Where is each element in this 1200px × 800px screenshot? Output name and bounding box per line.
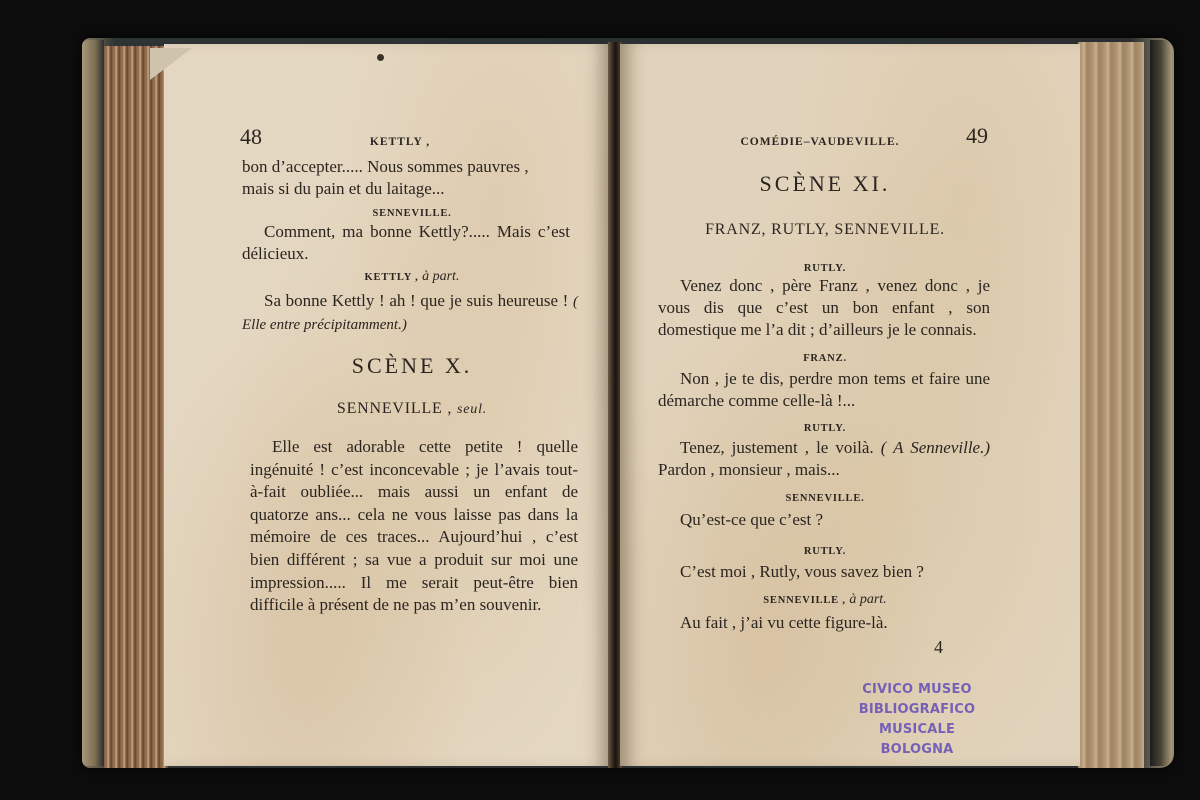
cover-right-edge [1150, 40, 1172, 766]
speech-text: Comment, ma bonne Kettly?..... Mais c’es… [242, 221, 570, 265]
speech-text: Tenez, justement , le voilà. ( A Sennevi… [658, 437, 990, 481]
speech-text: C’est moi , Rutly, vous savez bien ? [658, 561, 990, 583]
text-line: bon d’accepter..... Nous sommes pauvres … [242, 156, 582, 178]
scene-title: SCÈNE X. [242, 355, 582, 377]
speech-text: Venez donc , père Franz , venez donc , j… [658, 275, 990, 341]
speech-text: Qu’est-ce que c’est ? [658, 509, 990, 531]
stamp-line: BIBLIOGRAFICO MUSICALE [822, 700, 1012, 740]
folded-corner [150, 48, 192, 80]
page-stack-left [104, 46, 168, 768]
left-continued-text: bon d’accepter..... Nous sommes pauvres … [242, 156, 582, 200]
scene-cast: SENNEVILLE , seul. [242, 398, 582, 421]
stamp-line: CIVICO MUSEO [822, 680, 1012, 700]
left-running-header: KETTLY , [330, 131, 470, 153]
text-line: mais si du pain et du laitage... [242, 178, 582, 200]
speaker-label: KETTLY , à part. [242, 266, 582, 289]
cover-left-edge [82, 40, 104, 766]
library-stamp: CIVICO MUSEO BIBLIOGRAFICO MUSICALE BOLO… [822, 680, 1012, 760]
page-stack-right [1078, 42, 1144, 768]
speaker-label: SENNEVILLE. [660, 488, 990, 510]
left-page-number: 48 [240, 126, 262, 148]
speaker-label: RUTLY. [660, 541, 990, 563]
right-running-header: COMÉDIE–VAUDEVILLE. [720, 131, 920, 153]
stamp-line: BOLOGNA [822, 740, 1012, 760]
speech-text: Non , je te dis, perdre mon tems et fair… [658, 368, 990, 412]
monologue-text: Elle est adorable cette petite ! quelle … [250, 436, 578, 617]
right-page-number: 49 [966, 125, 988, 147]
scene-title: SCÈNE XI. [660, 173, 990, 195]
scene-cast: FRANZ, RUTLY, SENNEVILLE. [660, 219, 990, 241]
speech-text: Sa bonne Kettly ! ah ! que je suis heure… [242, 290, 578, 336]
signature-mark: 4 [934, 636, 943, 658]
speech-text: Au fait , j’ai vu cette figure-là. [658, 612, 990, 634]
speaker-label: FRANZ. [660, 348, 990, 370]
paper-blemish [377, 54, 384, 61]
speaker-label: SENNEVILLE , à part. [660, 589, 990, 612]
